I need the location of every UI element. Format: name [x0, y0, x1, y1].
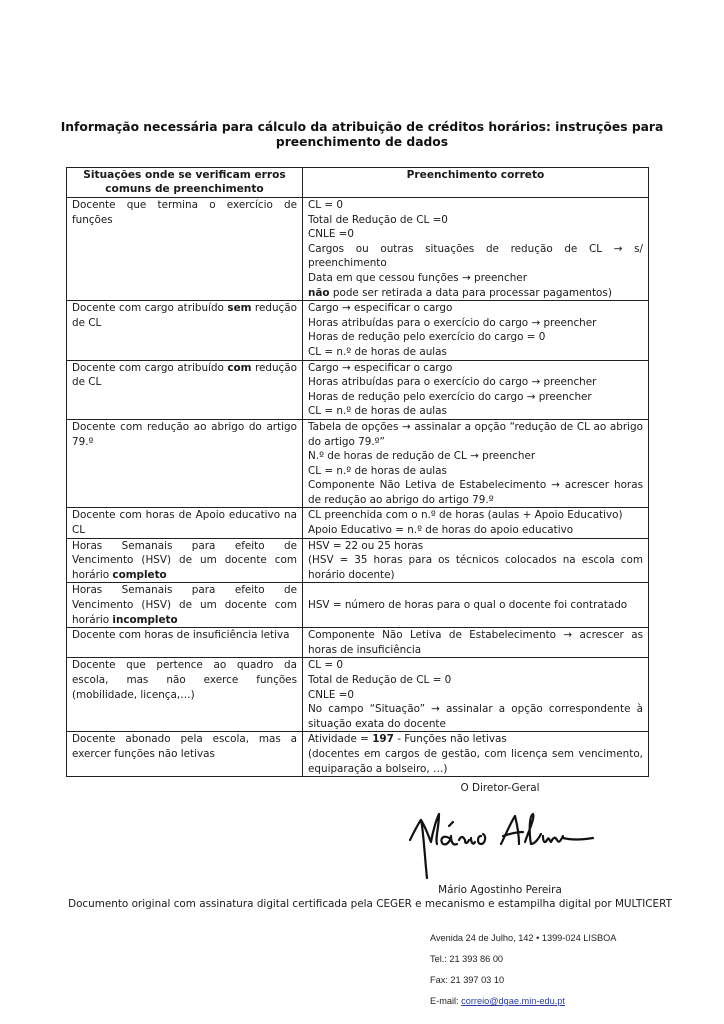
phone-line: Tel.: 21 393 86 00: [430, 949, 616, 970]
filling-text: Atividade =: [308, 733, 372, 745]
table-row: Docente com horas de insuficiência letiv…: [67, 628, 649, 658]
bold-text: não: [308, 287, 330, 299]
filling-cell: Cargo → especificar o cargo Horas atribu…: [303, 360, 649, 419]
situation-cell: Horas Semanais para efeito de Vencimento…: [67, 583, 303, 628]
bold-text: completo: [112, 569, 166, 581]
situation-text: Horas Semanais para efeito de Vencimento…: [72, 584, 297, 625]
filling-line: CL preenchida com o n.º de horas (aulas …: [308, 508, 643, 523]
header-situations: Situações onde se verificam erros comuns…: [67, 168, 303, 198]
filling-text: - Funções não letivas: [394, 733, 507, 745]
digital-signature-note: Documento original com assinatura digita…: [40, 898, 700, 910]
situation-cell: Horas Semanais para efeito de Vencimento…: [67, 538, 303, 583]
filling-line: HSV = número de horas para o qual o doce…: [308, 598, 643, 613]
table-row: Docente com redução ao abrigo do artigo …: [67, 419, 649, 508]
situation-text: Docente com horas de insuficiência letiv…: [72, 629, 290, 641]
instructions-table: Situações onde se verificam erros comuns…: [66, 167, 649, 777]
filling-line: (HSV = 35 horas para os técnicos colocad…: [308, 553, 643, 582]
situation-cell: Docente com horas de insuficiência letiv…: [67, 628, 303, 658]
situation-text: Docente com cargo atribuído: [72, 362, 227, 374]
situation-text: Docente com horas de Apoio educativo na …: [72, 509, 297, 536]
filling-line: Horas atribuídas para o exercício do car…: [308, 375, 643, 390]
filling-line: Cargos ou outras situações de redução de…: [308, 242, 643, 271]
table-header-row: Situações onde se verificam erros comuns…: [67, 168, 649, 198]
filling-line: Data em que cessou funções → preencher: [308, 271, 643, 286]
situation-text: Docente com cargo atribuído: [72, 302, 227, 314]
filling-line: Cargo → especificar o cargo: [308, 301, 643, 316]
email-line: E-mail: correio@dgae.min-edu.pt: [430, 991, 616, 1012]
address-line: Avenida 24 de Julho, 142 • 1399-024 LISB…: [430, 928, 616, 949]
filling-line: não pode ser retirada a data para proces…: [308, 286, 643, 301]
filling-line: Componente Não Letiva de Estabelecimento…: [308, 478, 643, 507]
filling-cell: CL = 0 Total de Redução de CL = 0 CNLE =…: [303, 658, 649, 732]
signer-role: O Diretor-Geral: [380, 782, 620, 794]
situation-text: Docente abonado pela escola, mas a exerc…: [72, 733, 297, 760]
table-row: Docente que pertence ao quadro da escola…: [67, 658, 649, 732]
filling-line: HSV = 22 ou 25 horas: [308, 539, 643, 554]
filling-line: Total de Redução de CL =0: [308, 213, 643, 228]
filling-line: CNLE =0: [308, 688, 643, 703]
situation-text: Horas Semanais para efeito de Vencimento…: [72, 540, 297, 581]
contact-block: Avenida 24 de Julho, 142 • 1399-024 LISB…: [430, 928, 616, 1012]
table-row: Docente abonado pela escola, mas a exerc…: [67, 732, 649, 777]
filling-cell: Tabela de opções → assinalar a opção “re…: [303, 419, 649, 508]
situation-cell: Docente com horas de Apoio educativo na …: [67, 508, 303, 538]
filling-line: Apoio Educativo = n.º de horas do apoio …: [308, 523, 643, 538]
bold-text: 197: [372, 733, 394, 745]
table-row: Docente com horas de Apoio educativo na …: [67, 508, 649, 538]
fax-line: Fax: 21 397 03 10: [430, 970, 616, 991]
situation-cell: Docente abonado pela escola, mas a exerc…: [67, 732, 303, 777]
filling-cell: Cargo → especificar o cargo Horas atribu…: [303, 301, 649, 360]
bold-text: incompleto: [112, 614, 177, 626]
table-row: Horas Semanais para efeito de Vencimento…: [67, 538, 649, 583]
filling-cell: CL preenchida com o n.º de horas (aulas …: [303, 508, 649, 538]
filling-cell: HSV = número de horas para o qual o doce…: [303, 583, 649, 628]
title-line-1: Informação necessária para cálculo da at…: [60, 120, 664, 135]
table-row: Horas Semanais para efeito de Vencimento…: [67, 583, 649, 628]
filling-line: CL = n.º de horas de aulas: [308, 464, 643, 479]
situation-cell: Docente com cargo atribuído sem redução …: [67, 301, 303, 360]
signer-name: Mário Agostinho Pereira: [380, 884, 620, 896]
filling-line: CL = 0: [308, 198, 643, 213]
situation-text: Docente que pertence ao quadro da escola…: [72, 659, 297, 700]
filling-cell: CL = 0 Total de Redução de CL =0 CNLE =0…: [303, 198, 649, 301]
filling-line: Componente Não Letiva de Estabelecimento…: [308, 628, 643, 657]
filling-line: Horas atribuídas para o exercício do car…: [308, 316, 643, 331]
filling-line: CL = 0: [308, 658, 643, 673]
bold-text: sem: [227, 302, 251, 314]
filling-line: Total de Redução de CL = 0: [308, 673, 643, 688]
email-label: E-mail:: [430, 996, 461, 1006]
situation-cell: Docente com cargo atribuído com redução …: [67, 360, 303, 419]
filling-cell: Atividade = 197 - Funções não letivas (d…: [303, 732, 649, 777]
filling-line: CL = n.º de horas de aulas: [308, 404, 643, 419]
title-line-2: preenchimento de dados: [60, 135, 664, 150]
filling-line: Horas de redução pelo exercício do cargo…: [308, 330, 643, 345]
handwritten-signature: [405, 800, 595, 880]
filling-line: N.º de horas de redução de CL → preenche…: [308, 449, 643, 464]
situation-cell: Docente que termina o exercício de funçõ…: [67, 198, 303, 301]
filling-line: CNLE =0: [308, 227, 643, 242]
table-row: Docente com cargo atribuído com redução …: [67, 360, 649, 419]
bold-text: com: [227, 362, 251, 374]
email-link[interactable]: correio@dgae.min-edu.pt: [461, 996, 565, 1006]
situation-cell: Docente que pertence ao quadro da escola…: [67, 658, 303, 732]
filling-line: Tabela de opções → assinalar a opção “re…: [308, 420, 643, 449]
filling-cell: HSV = 22 ou 25 horas (HSV = 35 horas par…: [303, 538, 649, 583]
filling-line: Cargo → especificar o cargo: [308, 361, 643, 376]
filling-cell: Componente Não Letiva de Estabelecimento…: [303, 628, 649, 658]
situation-text: Docente que termina o exercício de funçõ…: [72, 199, 297, 226]
filling-line: Horas de redução pelo exercício do cargo…: [308, 390, 643, 405]
situation-cell: Docente com redução ao abrigo do artigo …: [67, 419, 303, 508]
header-correct-filling: Preenchimento correto: [303, 168, 649, 198]
filling-line: CL = n.º de horas de aulas: [308, 345, 643, 360]
filling-text: pode ser retirada a data para processar …: [330, 287, 612, 299]
table-row: Docente que termina o exercício de funçõ…: [67, 198, 649, 301]
document-title: Informação necessária para cálculo da at…: [60, 120, 664, 150]
filling-line: No campo “Situação” → assinalar a opção …: [308, 702, 643, 731]
filling-line: (docentes em cargos de gestão, com licen…: [308, 747, 643, 776]
situation-text: Docente com redução ao abrigo do artigo …: [72, 421, 297, 448]
filling-line: Atividade = 197 - Funções não letivas: [308, 732, 643, 747]
table-row: Docente com cargo atribuído sem redução …: [67, 301, 649, 360]
